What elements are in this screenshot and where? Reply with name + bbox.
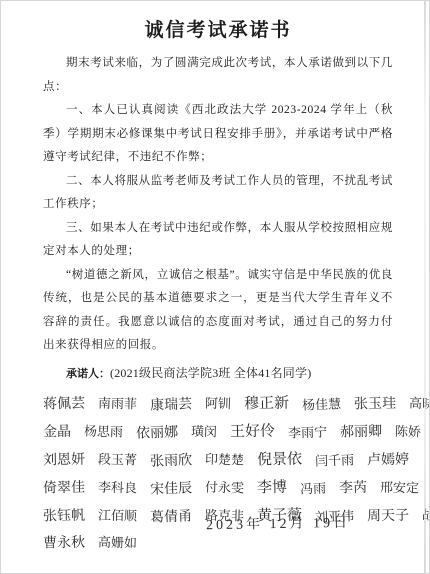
signature-name: 张钰帆 [43, 504, 85, 525]
scan-edge-artifact [424, 1, 426, 573]
signature-date: 2023年 12月 19日 [206, 512, 350, 535]
clause-1: 一、本人已认真阅读《西北政法大学 2023-2024 学年上（秋季）学期期末必修… [43, 99, 393, 170]
signature-name: 郝丽卿 [340, 420, 382, 441]
signature-name: 阿钏 [205, 392, 232, 412]
signature-name: 闫千雨 [315, 449, 355, 469]
signature-name: 蒋佩芸 [43, 392, 85, 413]
signature-name: 李博 [257, 475, 287, 497]
signature-row: 倚翠佳 李科良 宋佳辰 付永雯 李博 冯雨 李芮 邢安定 [43, 476, 393, 497]
intro-paragraph: 期末考试来临，为了圆满完成此次考试，本人承诺做到以下几点： [43, 52, 393, 99]
signature-name: 璜闵 [191, 420, 218, 440]
clause-2: 二、本人将服从监考老师及考试工作人员的管理，不扰乱考试工作秩序； [43, 170, 393, 217]
signature-name: 康瑞芸 [150, 393, 193, 414]
signature-name: 周天子 [367, 504, 409, 525]
signature-name: 曹永秋 [43, 531, 85, 552]
page-title: 诚信考试承诺书 [43, 15, 393, 42]
signature-name: 穆正新 [244, 391, 289, 413]
signature-name: 江佰顺 [98, 504, 137, 524]
signature-name: 高晓梦 [409, 392, 430, 412]
promiser-line: 承诺人：(2021级民商法学院3班 全体41名同学) [43, 361, 393, 386]
clause-3: 三、如果本人在考试中违纪或作弊，本人服从学校按照相应规定对本人的处理； [43, 217, 393, 264]
signature-name: 杨思雨 [84, 420, 123, 440]
signature-name: 葛倩甬 [150, 505, 193, 526]
signature-row: 蒋佩芸 南雨菲 康瑞芸 阿钏 穆正新 杨佳慧 张玉珪 高晓梦 [43, 392, 393, 413]
signature-row: 刘恩妍 段玉菁 张雨欣 印楚楚 倪景依 闫千雨 卢嫣婷 [43, 448, 393, 469]
signature-name: 张玉珪 [354, 392, 396, 413]
signature-name: 高姗如 [98, 531, 137, 551]
signature-name: 陈娇 [395, 420, 422, 440]
signature-name: 李科良 [98, 476, 137, 496]
signature-name: 杨佳慧 [302, 393, 342, 413]
signature-name: 金晶 [43, 420, 71, 440]
signature-name: 倪景依 [257, 447, 302, 469]
promiser-label: 承诺人： [66, 367, 110, 380]
signature-name: 李芮 [339, 476, 367, 496]
signature-name: 依丽娜 [136, 421, 179, 442]
signature-name: 付永雯 [205, 476, 244, 496]
promise-letter-page: 诚信考试承诺书 期末考试来临，为了圆满完成此次考试，本人承诺做到以下几点： 一、… [0, 0, 430, 574]
signature-name: 卢嫣婷 [367, 448, 409, 469]
signature-name: 邢安定 [380, 476, 419, 496]
signature-name: 印楚楚 [205, 448, 244, 468]
signature-row: 金晶 杨思雨 依丽娜 璜闵 王好伶 李雨宁 郝丽卿 陈娇 [43, 420, 393, 441]
signature-name: 王好伶 [230, 419, 275, 441]
closing-paragraph: “树道德之新风，立诚信之根基”。诚实守信是中华民族的优良传统，也是公民的基本道德… [43, 264, 393, 358]
signature-name: 南雨菲 [98, 392, 137, 412]
signature-name: 段玉菁 [98, 448, 137, 468]
signature-name: 冯雨 [300, 477, 327, 497]
signature-name: 张雨欣 [150, 449, 193, 470]
signature-name: 宋佳辰 [150, 477, 193, 498]
signature-name: 刘恩妍 [43, 448, 85, 469]
promiser-note: (2021级民商法学院3班 全体41名同学) [110, 366, 311, 380]
signature-name: 倚翠佳 [43, 476, 85, 497]
signature-row: 曹永秋 高姗如 [43, 532, 393, 552]
signature-name: 李雨宁 [288, 421, 328, 441]
